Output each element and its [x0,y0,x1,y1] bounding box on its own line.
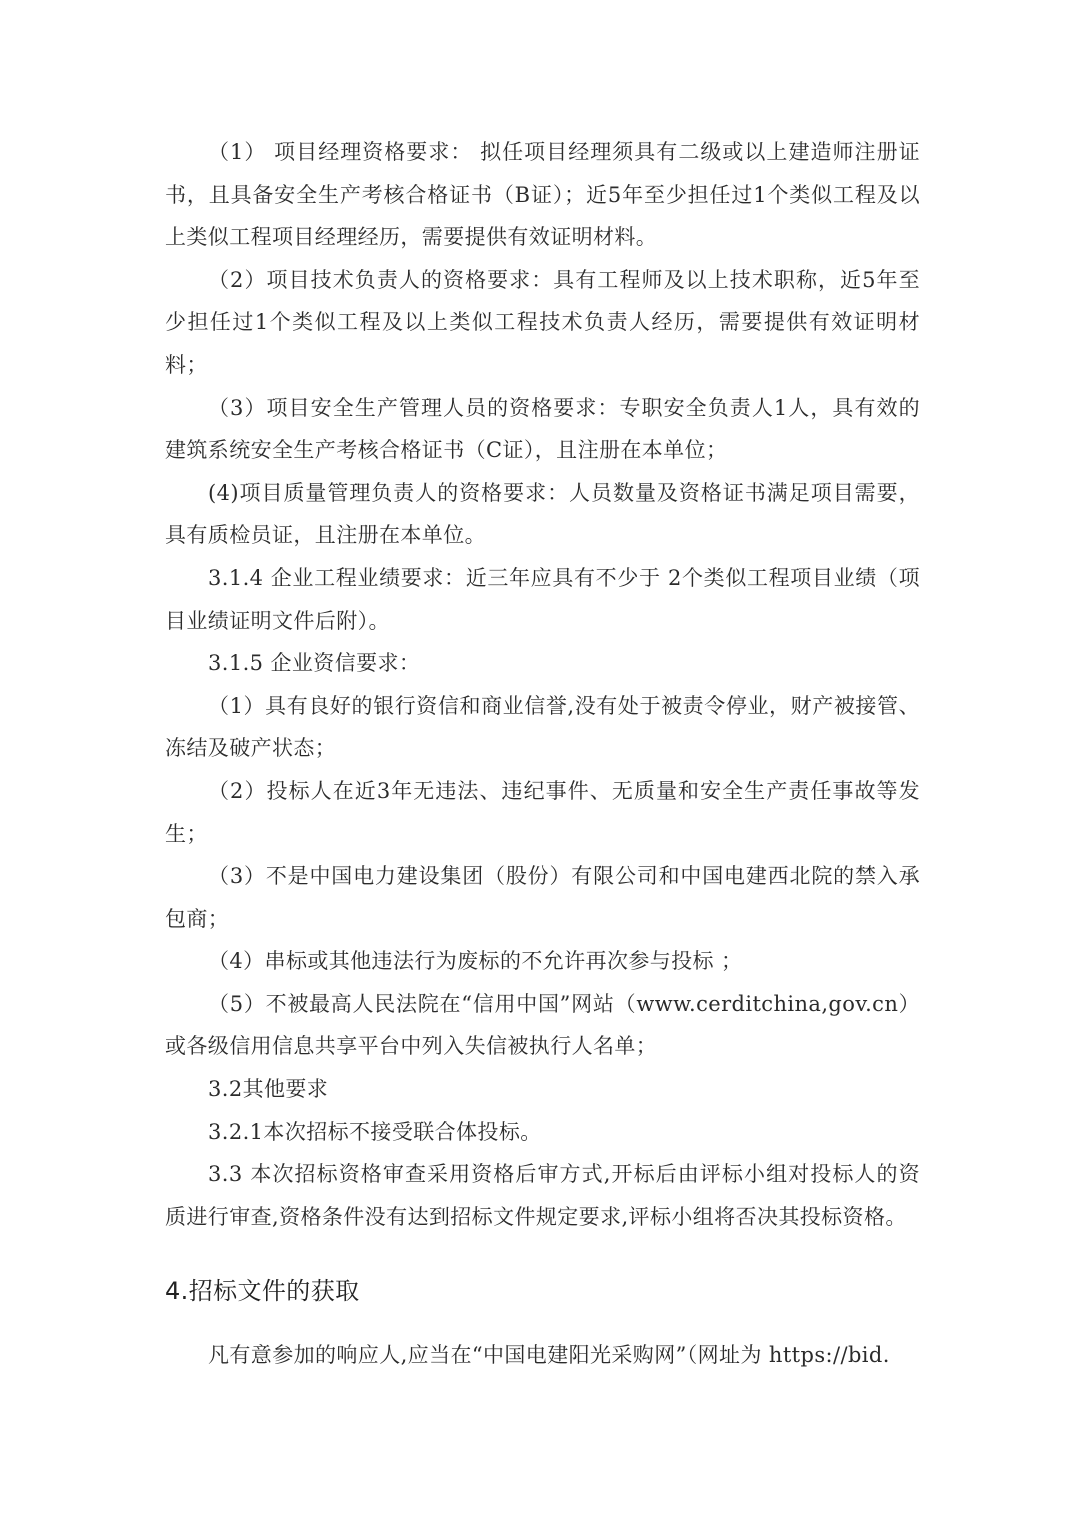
paragraph-credit-3: （3）不是中国电力建设集团（股份）有限公司和中国电建西北院的禁入承包商； [165,855,920,940]
paragraph-credit-4: （4）串标或其他违法行为废标的不允许再次参与投标 ； [165,940,920,983]
paragraph-credit-2: （2）投标人在近3年无违法、违纪事件、无质量和安全生产责任事故等发生； [165,770,920,855]
paragraph-section-3-1-4: 3.1.4 企业工程业绩要求：近三年应具有不少于 2个类似工程项目业绩（项目业绩… [165,557,920,642]
paragraph-section-3-2: 3.2其他要求 [165,1068,920,1111]
paragraph-tech-lead-qualification: （2）项目技术负责人的资格要求：具有工程师及以上技术职称，近5年至少担任过1个类… [165,259,920,387]
paragraph-safety-staff-qualification: （3）项目安全生产管理人员的资格要求：专职安全负责人1人，具有效的建筑系统安全生… [165,387,920,472]
document-page: （1） 项目经理资格要求： 拟任项目经理须具有二级或以上建造师注册证书，且具备安… [165,131,920,1377]
paragraph-pm-qualification: （1） 项目经理资格要求： 拟任项目经理须具有二级或以上建造师注册证书，且具备安… [165,131,920,259]
section-heading-4: 4.招标文件的获取 [165,1270,920,1312]
paragraph-credit-1: （1）具有良好的银行资信和商业信誉,没有处于被责令停业，财产被接管、冻结及破产状… [165,685,920,770]
paragraph-section-3-3: 3.3 本次招标资格审查采用资格后审方式,开标后由评标小组对投标人的资质进行审查… [165,1153,920,1238]
paragraph-credit-5: （5）不被最高人民法院在“信用中国”网站（www.cerditchina,gov… [165,983,920,1068]
paragraph-quality-lead-qualification: (4)项目质量管理负责人的资格要求：人员数量及资格证书满足项目需要，具有质检员证… [165,472,920,557]
paragraph-section-3-1-5: 3.1.5 企业资信要求： [165,642,920,685]
paragraph-section-3-2-1: 3.2.1本次招标不接受联合体投标。 [165,1111,920,1154]
paragraph-bid-document-acquisition: 凡有意参加的响应人,应当在“中国电建阳光采购网”（网址为 https://bid… [165,1334,920,1377]
